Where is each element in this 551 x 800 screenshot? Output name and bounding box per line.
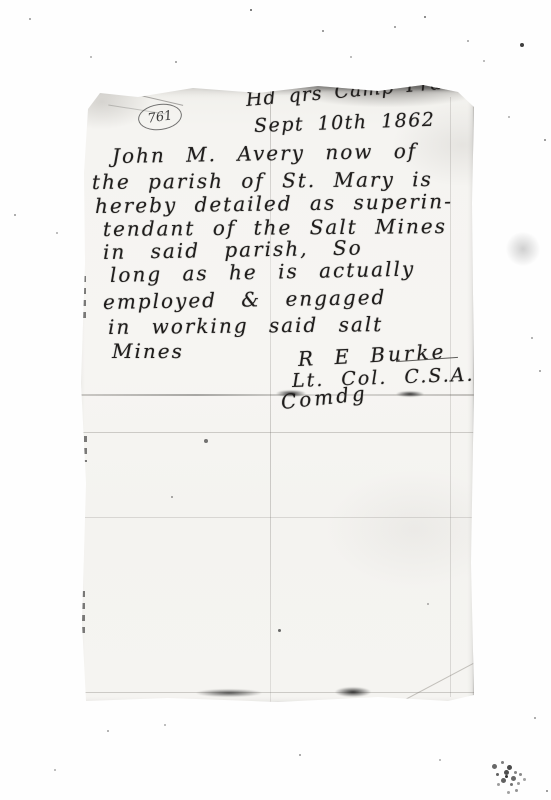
corner-crease <box>403 658 483 701</box>
scan-speck <box>520 43 524 47</box>
edge-mark <box>84 436 87 462</box>
scan-speck <box>250 9 252 11</box>
body-line: Mines <box>112 339 184 363</box>
scan-speck <box>394 26 396 28</box>
pencil-mark <box>115 89 183 106</box>
scan-speck <box>322 30 324 32</box>
scan-speck <box>483 60 485 62</box>
scan-speck <box>531 337 533 339</box>
fold-smudge <box>335 687 371 697</box>
vertical-fold-line <box>450 97 451 697</box>
scan-speck <box>546 790 548 792</box>
scan-speck <box>164 724 166 726</box>
catalog-number-stamp: 761 <box>136 101 183 133</box>
horizontal-fold-line <box>78 517 474 518</box>
scan-speck <box>427 603 429 605</box>
scan-speck <box>539 370 541 372</box>
fold-smudge <box>196 689 262 697</box>
scan-speck <box>299 754 301 756</box>
scan-speck <box>14 214 16 216</box>
body-line: John M. Avery now of <box>112 139 418 168</box>
scan-speck <box>350 56 352 58</box>
scan-speck <box>467 40 469 42</box>
body-line: employed & engaged <box>103 285 387 314</box>
fold-smudge <box>396 391 424 397</box>
scan-speck <box>107 730 109 732</box>
scanned-document: 761 Hd qrs Camp Pratt Sept 10th 1862 Joh… <box>0 0 551 800</box>
scan-speck <box>534 717 536 719</box>
scan-smudge <box>505 232 541 266</box>
heading-date-line: Sept 10th 1862 <box>254 109 436 137</box>
heading-place-line: Hd qrs Camp Pratt <box>245 70 460 111</box>
scan-speck <box>90 56 92 58</box>
scan-speck <box>424 16 426 18</box>
document-page: 761 Hd qrs Camp Pratt Sept 10th 1862 Joh… <box>78 83 474 703</box>
catalog-number: 761 <box>147 108 174 126</box>
scan-speck <box>544 139 546 141</box>
scan-speck <box>439 759 441 761</box>
body-line: in working said salt <box>108 312 384 339</box>
scan-speck <box>508 116 510 118</box>
edge-mark <box>83 276 86 318</box>
scan-speck <box>204 439 208 443</box>
horizontal-fold-line <box>78 432 474 433</box>
edge-mark <box>82 591 85 639</box>
scan-speck <box>29 18 31 20</box>
scan-speck <box>175 61 177 63</box>
scan-speck <box>54 769 56 771</box>
bottom-right-speckles <box>505 775 508 778</box>
body-line: long as he is actually <box>110 257 416 287</box>
scan-speck <box>278 629 281 632</box>
scan-speck <box>56 232 58 234</box>
scan-speck <box>171 496 173 498</box>
